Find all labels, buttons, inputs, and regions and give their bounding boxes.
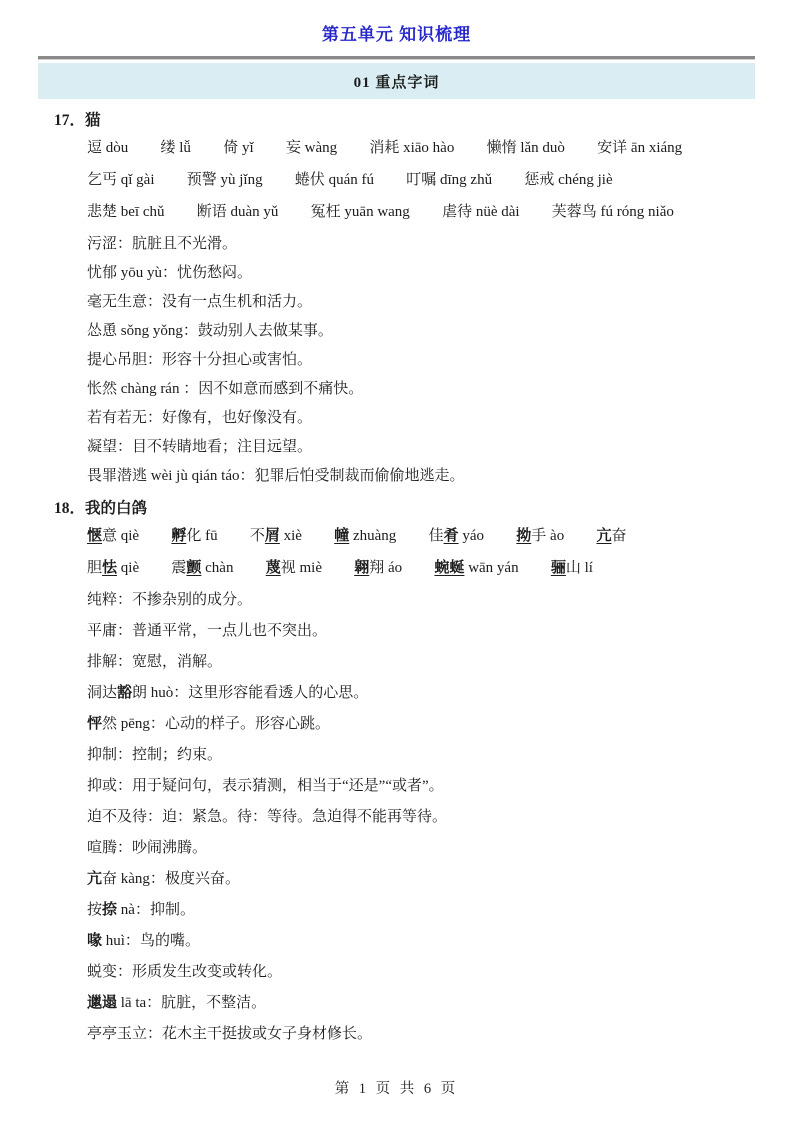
- definition-line: 忧郁 yōu yù：忧伤愁闷。: [87, 263, 755, 284]
- definition-text: 肮脏，不整洁。: [161, 995, 266, 1011]
- text-fragment: 喧腾：: [87, 840, 132, 856]
- vocab-item: 乞丐 qǐ gài: [87, 172, 155, 188]
- definition-text: 宽慰，消解。: [132, 654, 222, 670]
- text-fragment: lā ta：: [117, 995, 161, 1011]
- definition-term: 按捺 nà：: [87, 902, 150, 918]
- vocab-row: 逗 dòu缕 lǚ倚 yǐ妄 wàng消耗 xiāo hào懒惰 lǎn duò…: [87, 138, 755, 159]
- vocab-item: 逗 dòu: [87, 140, 128, 156]
- definition-text: 吵闹沸腾。: [132, 840, 207, 856]
- definition-term: 抑或：: [87, 778, 132, 794]
- text-fragment: 奋: [611, 528, 626, 544]
- definition-term: 喙 huì：: [87, 933, 140, 949]
- text-fragment: 提心吊胆：: [87, 352, 162, 368]
- key-character: 亢: [87, 871, 102, 887]
- vocab-item: 消耗 xiāo hào: [369, 140, 454, 156]
- vocab-item: 惩戒 chéng jiè: [524, 172, 612, 188]
- text-fragment: yáo: [459, 528, 484, 544]
- definition-line: 凝望：目不转睛地看；注目远望。: [87, 437, 755, 458]
- definition-term: 排解：: [87, 654, 132, 670]
- text-fragment: 奋 kàng：: [102, 871, 165, 887]
- key-character: 拗: [516, 528, 531, 544]
- definition-term: 凝望：: [87, 439, 132, 455]
- vocab-row: 悲楚 beī chǔ断语 duàn yǔ冤枉 yuān wang虐待 nüè d…: [87, 202, 755, 223]
- vocab-item: 拗手 ào: [516, 528, 564, 544]
- definition-line: 亭亭玉立：花木主干挺拔或女子身材修长。: [87, 1024, 755, 1045]
- definitions-17: 污涩：肮脏且不光滑。忧郁 yōu yù：忧伤愁闷。毫无生意：没有一点生机和活力。…: [87, 234, 755, 487]
- definition-line: 纯粹：不掺杂别的成分。: [87, 590, 755, 611]
- text-fragment: 视 miè: [281, 560, 322, 576]
- definition-line: 抑制：控制；约束。: [87, 745, 755, 766]
- definition-text: 迫：紧急。待：等待。急迫得不能再等待。: [162, 809, 447, 825]
- definition-line: 喙 huì：鸟的嘴。: [87, 931, 755, 952]
- key-character: 喙: [87, 933, 102, 949]
- key-character: 捺: [102, 902, 117, 918]
- section-banner: 01 重点字词: [38, 63, 755, 99]
- definitions-18: 纯粹：不掺杂别的成分。平庸：普通平常，一点儿也不突出。排解：宽慰，消解。洞达豁朗…: [87, 590, 755, 1045]
- definition-term: 怅然 chàng rán ：: [87, 381, 198, 397]
- key-character: 骊: [551, 560, 566, 576]
- key-character: 翱: [354, 560, 369, 576]
- definition-term: 忧郁 yōu yù：: [87, 265, 177, 281]
- text-fragment: 凝望：: [87, 439, 132, 455]
- vocab-row: 惬意 qiè孵化 fū不屑 xiè幢 zhuàng佳肴 yáo拗手 ào亢奋: [87, 526, 755, 547]
- page-number: 第 1 页 共 6 页: [0, 1077, 793, 1098]
- text-fragment: 污涩：: [87, 236, 132, 252]
- vocab-item: 胆怯 qiè: [87, 560, 139, 576]
- text-fragment: 怂恿 sǒng yǒng：: [87, 323, 198, 339]
- vocab-item: 妄 wàng: [286, 140, 337, 156]
- definition-term: 平庸：: [87, 623, 132, 639]
- text-fragment: 畏罪潜逃 wèi jù qián táo：: [87, 468, 254, 484]
- text-fragment: 平庸：: [87, 623, 132, 639]
- definition-term: 畏罪潜逃 wèi jù qián táo：: [87, 468, 254, 484]
- text-fragment: zhuàng: [349, 528, 396, 544]
- section-heading-17: 17．猫: [54, 108, 755, 130]
- vocab-item: 懒惰 lǎn duò: [487, 140, 565, 156]
- text-fragment: wān yán: [464, 560, 518, 576]
- definition-text: 好像有，也好像没有。: [162, 410, 312, 426]
- definition-line: 提心吊胆：形容十分担心或害怕。: [87, 350, 755, 371]
- text-fragment: 佳: [429, 528, 444, 544]
- text-fragment: 抑制：: [87, 747, 132, 763]
- text-fragment: 排解：: [87, 654, 132, 670]
- text-fragment: 震: [171, 560, 186, 576]
- text-fragment: 迫不及待：: [87, 809, 162, 825]
- key-character: 亢: [596, 528, 611, 544]
- definition-text: 形容十分担心或害怕。: [162, 352, 312, 368]
- vocab-item: 蜿蜒 wān yán: [434, 560, 518, 576]
- text-fragment: 毫无生意：: [87, 294, 162, 310]
- text-fragment: 怅然 chàng rán ：: [87, 381, 198, 397]
- definition-line: 怂恿 sǒng yǒng：鼓动别人去做某事。: [87, 321, 755, 342]
- definition-term: 提心吊胆：: [87, 352, 162, 368]
- text-fragment: 抑或：: [87, 778, 132, 794]
- text-fragment: 按: [87, 902, 102, 918]
- key-character: 怯: [102, 560, 117, 576]
- key-character: 屑: [265, 528, 280, 544]
- vocab-item: 孵化 fū: [171, 528, 217, 544]
- text-fragment: 山 lí: [566, 560, 593, 576]
- vocab-row: 胆怯 qiè震颤 chàn蔑视 miè翱翔 áo蜿蜒 wān yán骊山 lí: [87, 558, 755, 579]
- definition-text: 控制；约束。: [132, 747, 222, 763]
- text-fragment: 朗 huò：: [132, 685, 188, 701]
- vocab-item: 亢奋: [596, 528, 626, 544]
- definition-line: 毫无生意：没有一点生机和活力。: [87, 292, 755, 313]
- page-title: 第五单元 知识梳理: [38, 20, 755, 45]
- text-fragment: 手 ào: [531, 528, 564, 544]
- text-fragment: 洞达: [87, 685, 117, 701]
- key-character: 幢: [334, 528, 349, 544]
- text-fragment: chàn: [201, 560, 233, 576]
- definition-term: 亭亭玉立：: [87, 1026, 162, 1042]
- definition-text: 形质发生改变或转化。: [132, 964, 282, 980]
- definition-text: 极度兴奋。: [165, 871, 240, 887]
- definition-text: 这里形容能看透人的心思。: [188, 685, 368, 701]
- text-fragment: 忧郁 yōu yù：: [87, 265, 177, 281]
- key-character: 颤: [186, 560, 201, 576]
- definition-text: 鸟的嘴。: [140, 933, 200, 949]
- definition-term: 怂恿 sǒng yǒng：: [87, 323, 198, 339]
- definition-text: 抑制。: [150, 902, 195, 918]
- section-heading-18: 18．我的白鸽: [54, 496, 755, 518]
- document-page: 第五单元 知识梳理 01 重点字词 17．猫 逗 dòu缕 lǚ倚 yǐ妄 wà…: [0, 0, 793, 1122]
- definition-term: 毫无生意：: [87, 294, 162, 310]
- definition-line: 蜕变：形质发生改变或转化。: [87, 962, 755, 983]
- vocab-item: 缕 lǚ: [161, 140, 191, 156]
- definition-term: 污涩：: [87, 236, 132, 252]
- key-character: 蜿蜒: [434, 560, 464, 576]
- definition-text: 因不如意而感到不痛快。: [198, 381, 363, 397]
- definition-line: 喧腾：吵闹沸腾。: [87, 838, 755, 859]
- definition-term: 邋遢 lā ta：: [87, 995, 161, 1011]
- vocab-item: 惬意 qiè: [87, 528, 139, 544]
- definition-term: 亢奋 kàng：: [87, 871, 165, 887]
- text-fragment: 意 qiè: [102, 528, 139, 544]
- vocab-item: 芙蓉鸟 fú róng niǎo: [552, 204, 674, 220]
- definition-line: 抑或：用于疑问句，表示猜测，相当于“还是”“或者”。: [87, 776, 755, 797]
- definition-line: 排解：宽慰，消解。: [87, 652, 755, 673]
- vocab-item: 骊山 lí: [551, 560, 593, 576]
- key-character: 惬: [87, 528, 102, 544]
- definition-term: 怦然 pēng：: [87, 716, 165, 732]
- vocab-item: 震颤 chàn: [171, 560, 233, 576]
- definition-text: 肮脏且不光滑。: [132, 236, 237, 252]
- vocab-item: 安详 ān xiáng: [597, 140, 682, 156]
- definition-text: 不掺杂别的成分。: [132, 592, 252, 608]
- vocab-item: 蔑视 miè: [266, 560, 322, 576]
- text-fragment: 翔 áo: [369, 560, 402, 576]
- definition-text: 没有一点生机和活力。: [162, 294, 312, 310]
- definition-term: 若有若无：: [87, 410, 162, 426]
- key-character: 豁: [117, 685, 132, 701]
- vocab-item: 蜷伏 quán fú: [295, 172, 374, 188]
- vocab-list-17: 逗 dòu缕 lǚ倚 yǐ妄 wàng消耗 xiāo hào懒惰 lǎn duò…: [87, 138, 755, 223]
- vocab-item: 叮嘱 dīng zhǔ: [406, 172, 492, 188]
- definition-term: 蜕变：: [87, 964, 132, 980]
- text-fragment: 亭亭玉立：: [87, 1026, 162, 1042]
- definition-term: 抑制：: [87, 747, 132, 763]
- definition-line: 按捺 nà：抑制。: [87, 900, 755, 921]
- text-fragment: qiè: [117, 560, 139, 576]
- definition-text: 犯罪后怕受制裁而偷偷地逃走。: [254, 468, 464, 484]
- text-fragment: nà：: [117, 902, 150, 918]
- definition-line: 畏罪潜逃 wèi jù qián táo：犯罪后怕受制裁而偷偷地逃走。: [87, 466, 755, 487]
- text-fragment: 若有若无：: [87, 410, 162, 426]
- text-fragment: 然 pēng：: [102, 716, 165, 732]
- key-character: 怦: [87, 716, 102, 732]
- vocab-row: 乞丐 qǐ gài预警 yù jǐng蜷伏 quán fú叮嘱 dīng zhǔ…: [87, 170, 755, 191]
- text-fragment: huì：: [102, 933, 140, 949]
- definition-line: 迫不及待：迫：紧急。待：等待。急迫得不能再等待。: [87, 807, 755, 828]
- vocab-item: 预警 yù jǐng: [187, 172, 263, 188]
- text-fragment: 不: [250, 528, 265, 544]
- definition-text: 花木主干挺拔或女子身材修长。: [162, 1026, 372, 1042]
- text-fragment: xiè: [280, 528, 302, 544]
- key-character: 肴: [444, 528, 459, 544]
- vocab-item: 断语 duàn yǔ: [197, 204, 279, 220]
- definition-line: 洞达豁朗 huò：这里形容能看透人的心思。: [87, 683, 755, 704]
- vocab-item: 虐待 nüè dài: [442, 204, 519, 220]
- vocab-item: 不屑 xiè: [250, 528, 302, 544]
- definition-line: 邋遢 lā ta：肮脏，不整洁。: [87, 993, 755, 1014]
- definition-text: 心动的样子。形容心跳。: [165, 716, 330, 732]
- definition-line: 怦然 pēng：心动的样子。形容心跳。: [87, 714, 755, 735]
- vocab-item: 冤枉 yuān wang: [311, 204, 410, 220]
- definition-term: 喧腾：: [87, 840, 132, 856]
- vocab-item: 佳肴 yáo: [429, 528, 484, 544]
- vocab-item: 幢 zhuàng: [334, 528, 396, 544]
- key-character: 孵: [171, 528, 186, 544]
- definition-line: 平庸：普通平常，一点儿也不突出。: [87, 621, 755, 642]
- definition-term: 洞达豁朗 huò：: [87, 685, 188, 701]
- text-fragment: 化 fū: [186, 528, 217, 544]
- definition-line: 若有若无：好像有，也好像没有。: [87, 408, 755, 429]
- key-character: 蔑: [266, 560, 281, 576]
- definition-text: 普通平常，一点儿也不突出。: [132, 623, 327, 639]
- definition-line: 怅然 chàng rán ：因不如意而感到不痛快。: [87, 379, 755, 400]
- definition-text: 用于疑问句，表示猜测，相当于“还是”“或者”。: [132, 778, 444, 794]
- definition-text: 目不转睛地看；注目远望。: [132, 439, 312, 455]
- definition-term: 迫不及待：: [87, 809, 162, 825]
- key-character: 邋遢: [87, 995, 117, 1011]
- vocab-item: 翱翔 áo: [354, 560, 402, 576]
- vocab-item: 悲楚 beī chǔ: [87, 204, 164, 220]
- definition-line: 亢奋 kàng：极度兴奋。: [87, 869, 755, 890]
- definition-term: 纯粹：: [87, 592, 132, 608]
- text-fragment: 蜕变：: [87, 964, 132, 980]
- text-fragment: 纯粹：: [87, 592, 132, 608]
- text-fragment: 胆: [87, 560, 102, 576]
- definition-line: 污涩：肮脏且不光滑。: [87, 234, 755, 255]
- vocab-list-18: 惬意 qiè孵化 fū不屑 xiè幢 zhuàng佳肴 yáo拗手 ào亢奋胆怯…: [87, 526, 755, 579]
- definition-text: 鼓动别人去做某事。: [198, 323, 333, 339]
- definition-text: 忧伤愁闷。: [177, 265, 252, 281]
- horizontal-divider: [38, 56, 755, 60]
- vocab-item: 倚 yǐ: [223, 140, 253, 156]
